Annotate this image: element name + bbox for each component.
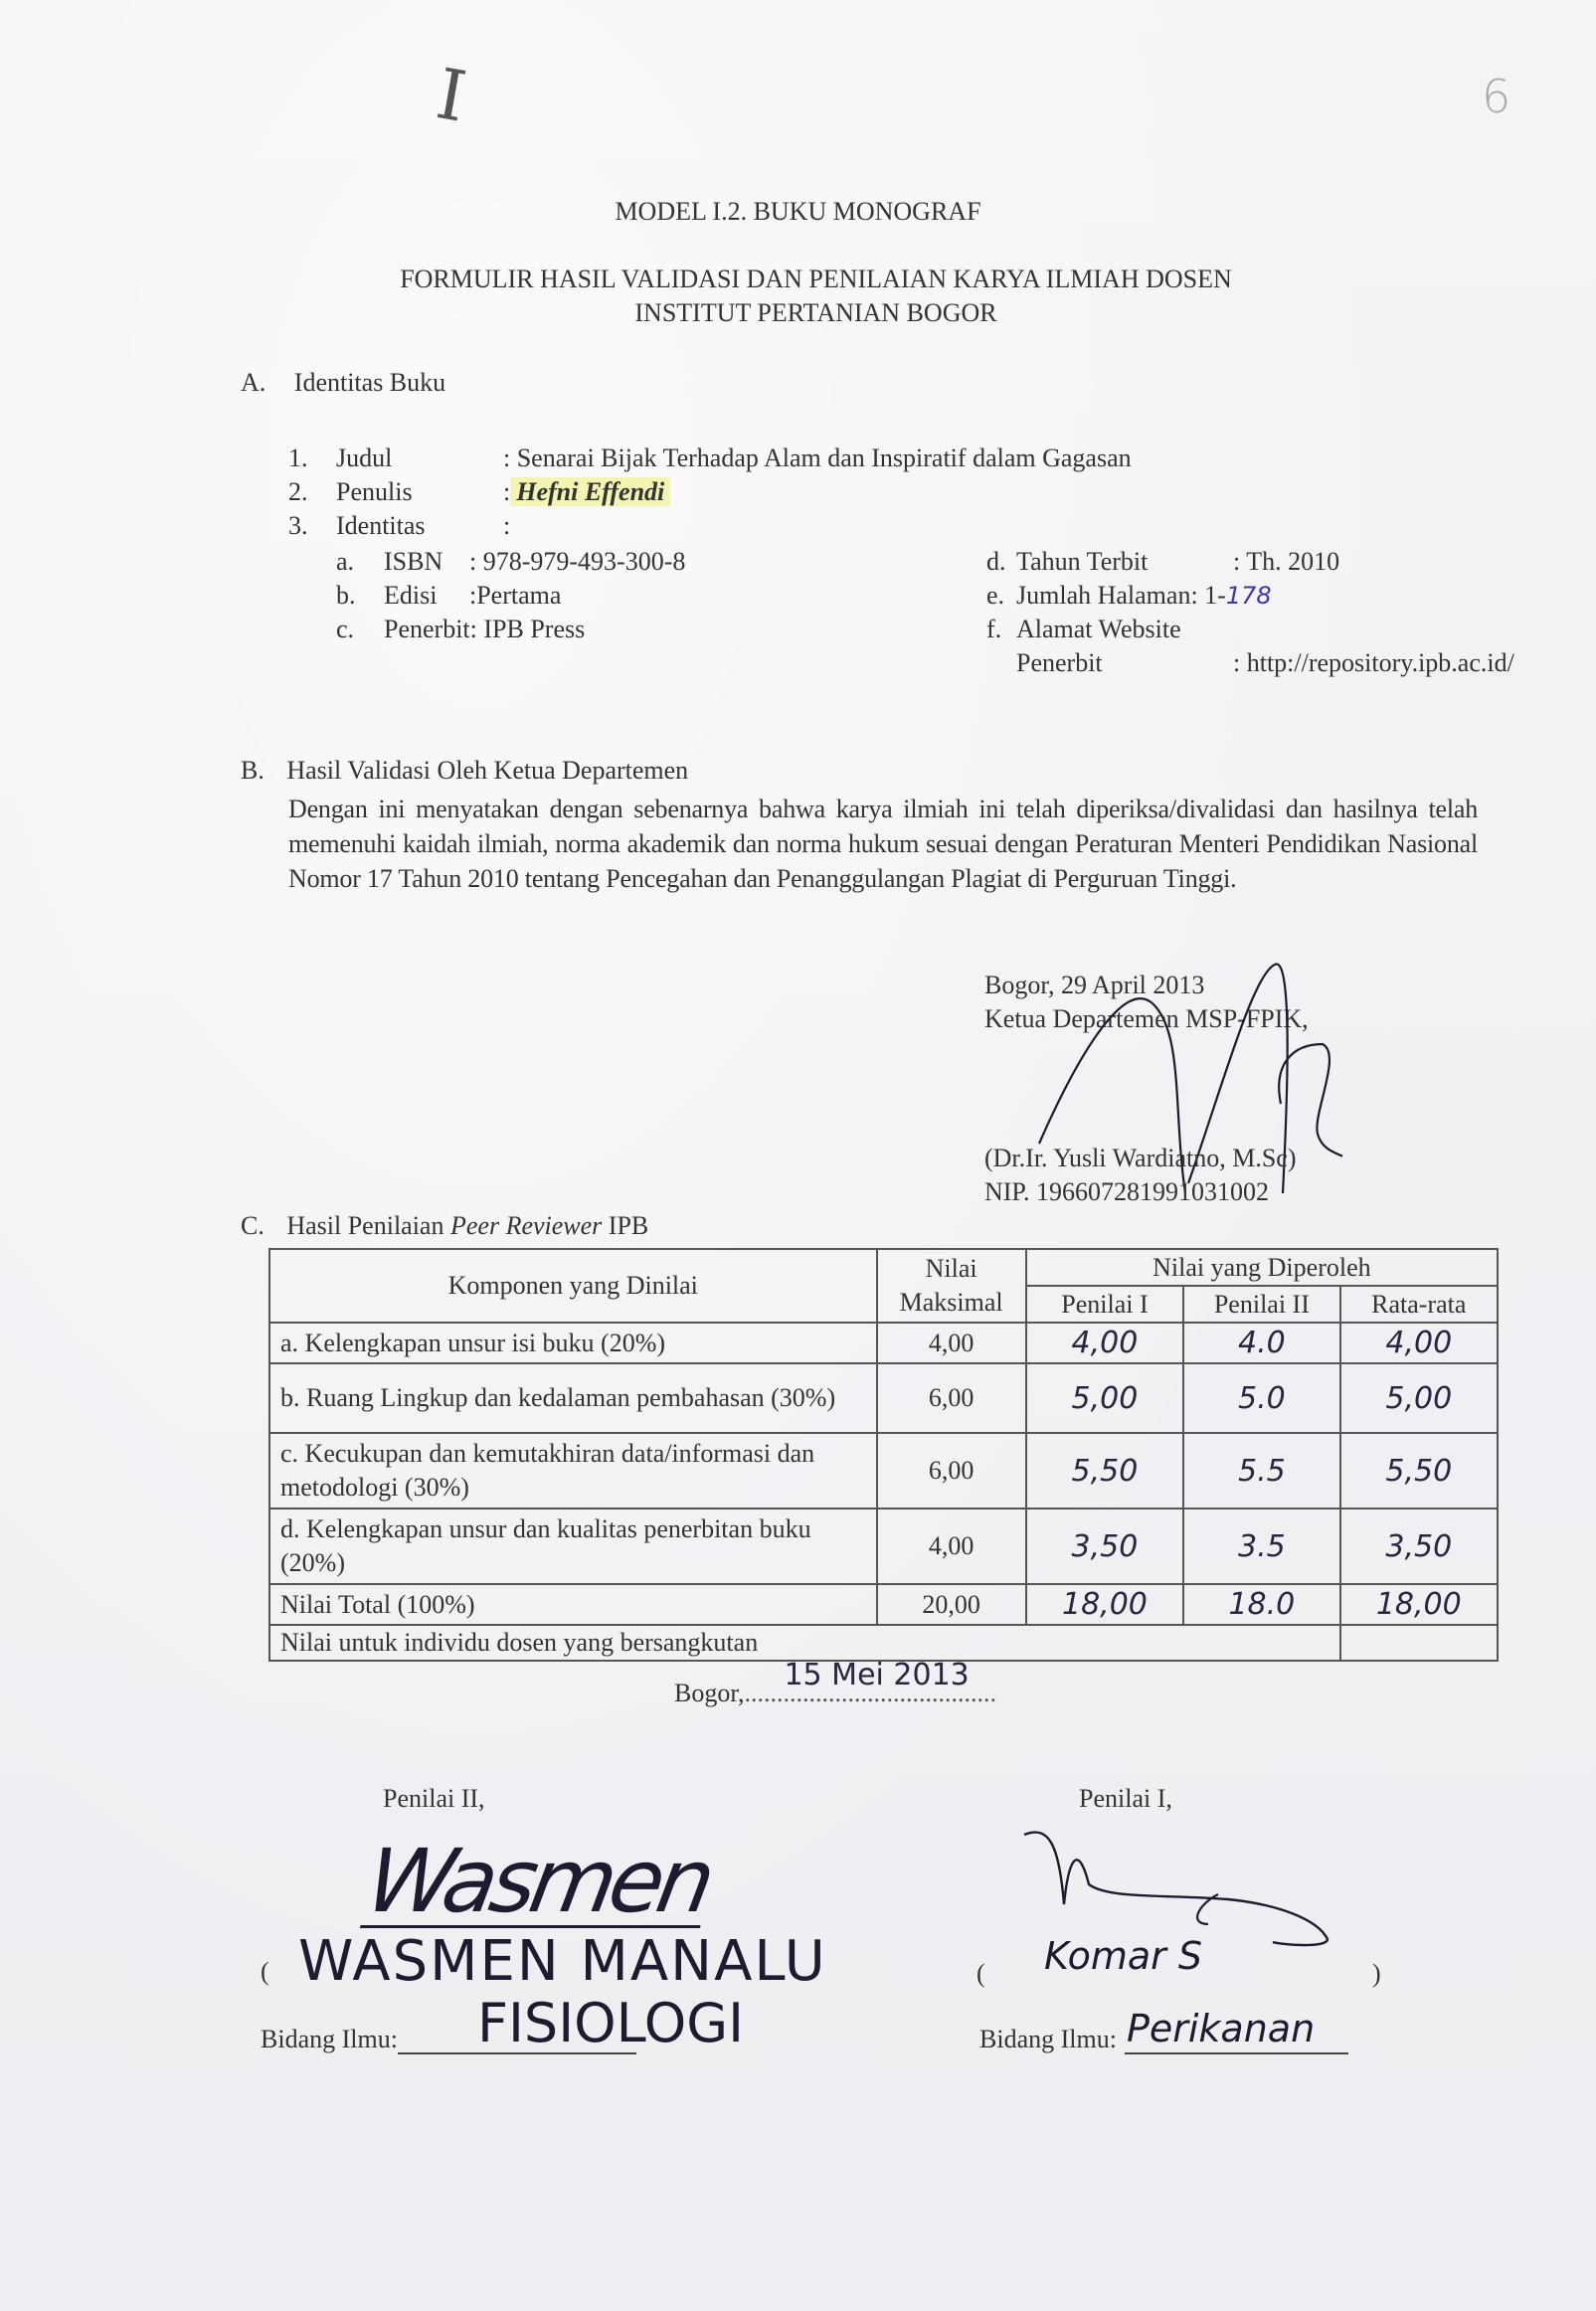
form-title: FORMULIR HASIL VALIDASI DAN PENILAIAN KA…: [18, 263, 1596, 296]
header-average: Rata-rata: [1340, 1286, 1498, 1323]
table-row-individual-score: Nilai untuk individu dosen yang bersangk…: [269, 1625, 1498, 1661]
validator-nip: NIP. 196607281991031002: [984, 1175, 1269, 1209]
reviewer1-paren-close: ): [1372, 1959, 1381, 1989]
peer-review-score-table: Komponen yang Dinilai Nilai Maksimal Nil…: [268, 1248, 1499, 1662]
section-b-heading: B. Hasil Validasi Oleh Ketua Departemen: [241, 756, 688, 786]
field-identitas: 3.Identitas:: [288, 509, 510, 543]
field-edisi: b.Edisi:Pertama: [336, 579, 561, 613]
reviewer2-field: Bidang Ilmu:FISIOLOGI: [261, 2025, 636, 2054]
table-row: c. Kecukupan dan kemutakhiran data/infor…: [269, 1433, 1498, 1509]
website-link[interactable]: : http://repository.ipb.ac.id/: [1233, 648, 1514, 677]
field-website-penerbit: Penerbit: http://repository.ipb.ac.id/: [986, 646, 1514, 680]
table-header-row: Komponen yang Dinilai Nilai Maksimal Nil…: [269, 1249, 1498, 1286]
penulis-value-highlighted: Hefni Effendi: [510, 477, 670, 506]
reviewer2-title: Penilai II,: [383, 1784, 485, 1814]
form-model-title: MODEL I.2. BUKU MONOGRAF: [0, 195, 1596, 229]
reviewer1-field-handwritten: Perikanan: [1127, 2007, 1315, 2050]
validation-statement: Dengan ini menyatakan dengan sebenarnya …: [288, 792, 1478, 896]
reviewer2-paren-open: (: [261, 1957, 269, 1987]
table-row: d. Kelengkapan unsur dan kualitas penerb…: [269, 1509, 1498, 1584]
reviewer1-title: Penilai I,: [1079, 1784, 1172, 1814]
header-component: Komponen yang Dinilai: [269, 1249, 877, 1323]
field-alamat-website: f.Alamat Website: [986, 613, 1181, 646]
header-max: Nilai Maksimal: [877, 1249, 1026, 1323]
reviewer2-name-handwritten: WASMEN MANALU: [298, 1929, 827, 1994]
header-reviewer2: Penilai II: [1183, 1286, 1339, 1323]
judul-value: : Senarai Bijak Terhadap Alam dan Inspir…: [503, 444, 1132, 472]
header-obtained: Nilai yang Diperoleh: [1026, 1249, 1498, 1286]
reviewer1-field: Bidang Ilmu:Perikanan: [979, 2025, 1348, 2054]
section-a-heading: A. Identitas Buku: [241, 368, 445, 398]
document-page: I 6 MODEL I.2. BUKU MONOGRAF FORMULIR HA…: [0, 0, 1596, 2311]
table-row-total: Nilai Total (100%) 20,00 18,00 18.0 18,0…: [269, 1584, 1498, 1625]
field-isbn: a.ISBN: 978-979-493-300-8: [336, 545, 685, 579]
validator-name: (Dr.Ir. Yusli Wardiatno, M.Sc): [984, 1142, 1297, 1175]
field-penulis: 2.Penulis:Hefni Effendi: [288, 475, 670, 509]
field-penerbit: c.Penerbit: IPB Press: [336, 613, 585, 646]
reviewer2-field-handwritten: FISIOLOGI: [477, 1992, 744, 2054]
header-reviewer1: Penilai I: [1026, 1286, 1183, 1323]
table-row: a. Kelengkapan unsur isi buku (20%) 4,00…: [269, 1323, 1498, 1363]
reviewer2-signature: Wasmen: [360, 1838, 716, 1928]
institution-name: INSTITUT PERTANIAN BOGOR: [18, 296, 1596, 330]
section-c-heading: C. Hasil Penilaian Peer Reviewer IPB: [241, 1211, 648, 1241]
field-judul: 1.Judul: Senarai Bijak Terhadap Alam dan…: [288, 442, 1132, 475]
field-jumlah-halaman: e.Jumlah Halaman: 1-178: [986, 579, 1272, 613]
halaman-handwritten: 178: [1226, 582, 1272, 610]
assessment-date-handwritten: 15 Mei 2013: [784, 1659, 969, 1692]
table-row: b. Ruang Lingkup dan kedalaman pembahasa…: [269, 1363, 1498, 1433]
field-tahun-terbit: d.Tahun Terbit: Th. 2010: [986, 545, 1339, 579]
page-number-mark: 6: [1482, 70, 1510, 123]
assessment-place-date: Bogor,..................................…: [674, 1677, 996, 1710]
reviewer1-paren-open: (: [976, 1959, 985, 1989]
handwritten-roman-mark: I: [431, 53, 471, 138]
reviewer1-name-handwritten: Komar S: [1044, 1934, 1202, 1978]
